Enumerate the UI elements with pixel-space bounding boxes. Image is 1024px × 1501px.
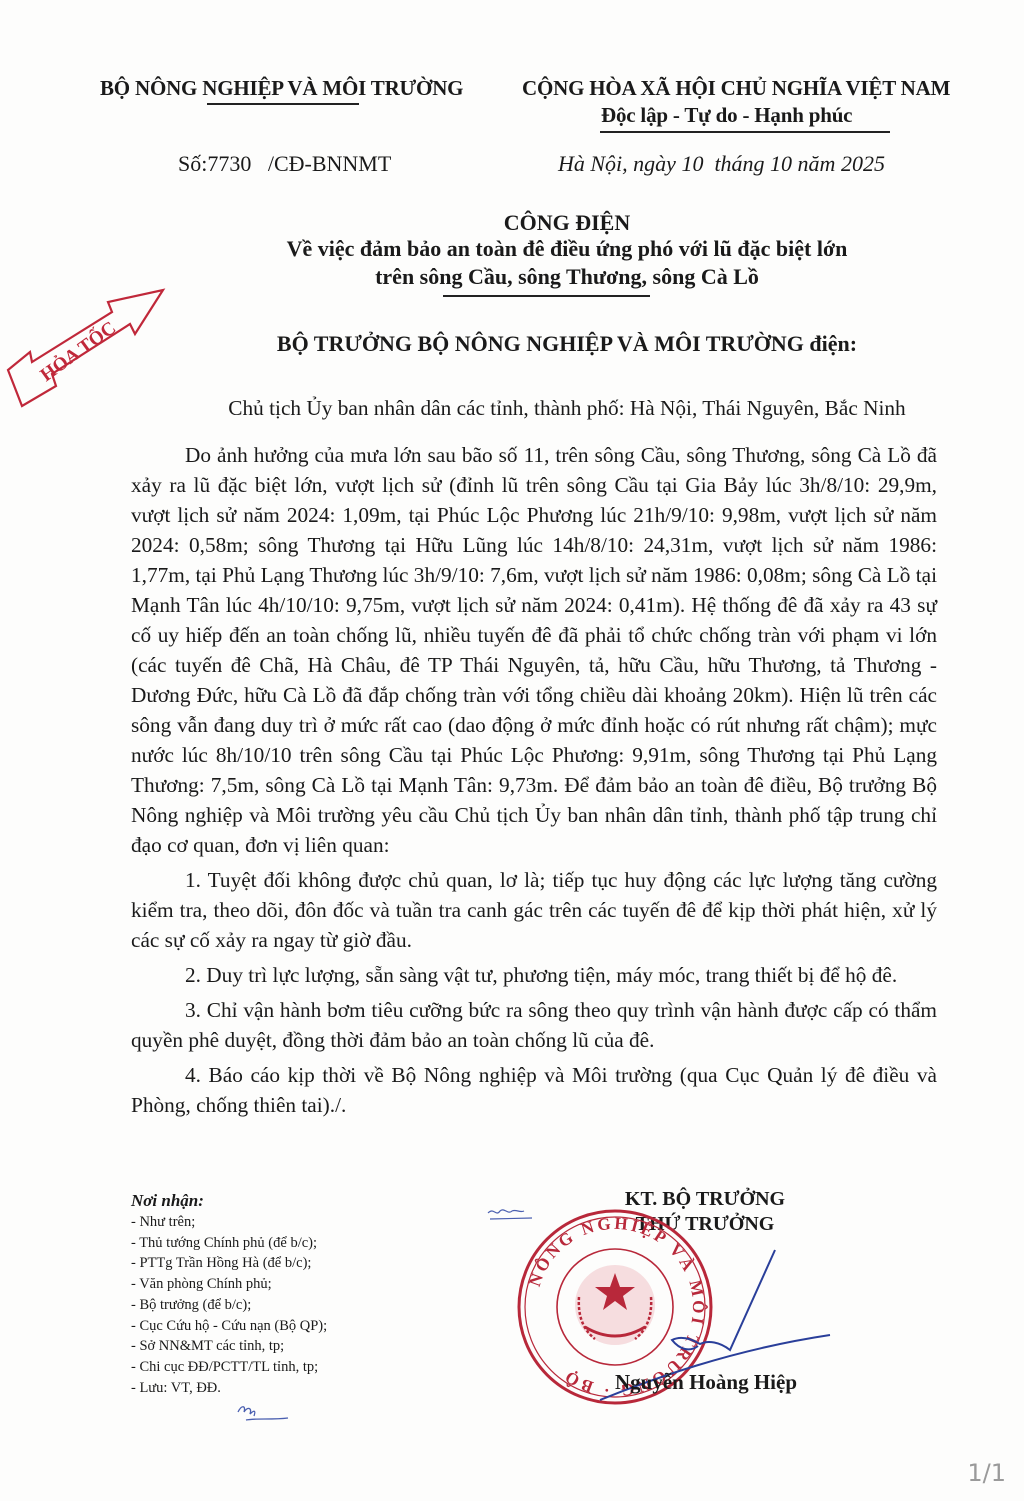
directive-item-3: 3. Chỉ vận hành bơm tiêu cưỡng bức ra sô… (131, 995, 937, 1055)
signer-name: Nguyễn Hoàng Hiệp (596, 1370, 816, 1395)
recipient-item: - Thủ tướng Chính phủ (để b/c); (131, 1233, 327, 1254)
recipient-item: - PTTg Trần Hồng Hà (để b/c); (131, 1253, 327, 1274)
initials-mark-icon (232, 1398, 292, 1428)
directive-item-4: 4. Báo cáo kịp thời về Bộ Nông nghiệp và… (131, 1060, 937, 1120)
recipients-block: Nơi nhận: - Như trên; - Thủ tướng Chính … (131, 1190, 327, 1398)
intro-paragraph: Do ảnh hưởng của mưa lớn sau bão số 11, … (131, 440, 937, 860)
recipient-item: - Chi cục ĐĐ/PCTT/TL tỉnh, tp; (131, 1357, 327, 1378)
recipient-item: - Cục Cứu hộ - Cứu nạn (Bộ QP); (131, 1316, 327, 1337)
document-body: Do ảnh hưởng của mưa lớn sau bão số 11, … (131, 440, 937, 1120)
initials-mark-icon (486, 1203, 536, 1223)
subject-line-2: trên sông Cầu, sông Thương, sông Cà Lồ (0, 264, 1024, 290)
directive-item-2: 2. Duy trì lực lượng, sẵn sàng vật tư, p… (131, 960, 937, 990)
recipient-item: - Sở NN&MT các tỉnh, tp; (131, 1336, 327, 1357)
ministry-name: BỘ NÔNG NGHIỆP VÀ MÔI TRƯỜNG (100, 76, 463, 101)
recipients-title: Nơi nhận: (131, 1190, 327, 1212)
addressee: Chủ tịch Ủy ban nhân dân các tỉnh, thành… (0, 396, 1024, 421)
directive-item-1: 1. Tuyệt đối không được chủ quan, lơ là;… (131, 865, 937, 955)
place-date: Hà Nội, ngày 10 tháng 10 năm 2025 (558, 151, 885, 177)
page-indicator: 1/1 (967, 1459, 1006, 1487)
recipient-item: - Bộ trưởng (để b/c); (131, 1295, 327, 1316)
recipient-item: - Lưu: VT, ĐĐ. (131, 1378, 327, 1399)
recipient-item: - Văn phòng Chính phủ; (131, 1274, 327, 1295)
country-name: CỘNG HÒA XÃ HỘI CHỦ NGHĨA VIỆT NAM (522, 76, 950, 101)
national-motto: Độc lập - Tự do - Hạnh phúc (601, 103, 852, 128)
subject-line-1: Về việc đảm bảo an toàn đê điều ứng phó … (0, 236, 1024, 262)
recipient-item: - Như trên; (131, 1212, 327, 1233)
document-type: CÔNG ĐIỆN (0, 210, 1024, 236)
subject-underline (443, 295, 650, 297)
motto-underline (600, 131, 890, 133)
document-number: Số:7730 /CĐ-BNNMT (178, 151, 391, 177)
ministry-underline (207, 103, 359, 105)
sender-line: BỘ TRƯỞNG BỘ NÔNG NGHIỆP VÀ MÔI TRƯỜNG đ… (0, 331, 1024, 357)
